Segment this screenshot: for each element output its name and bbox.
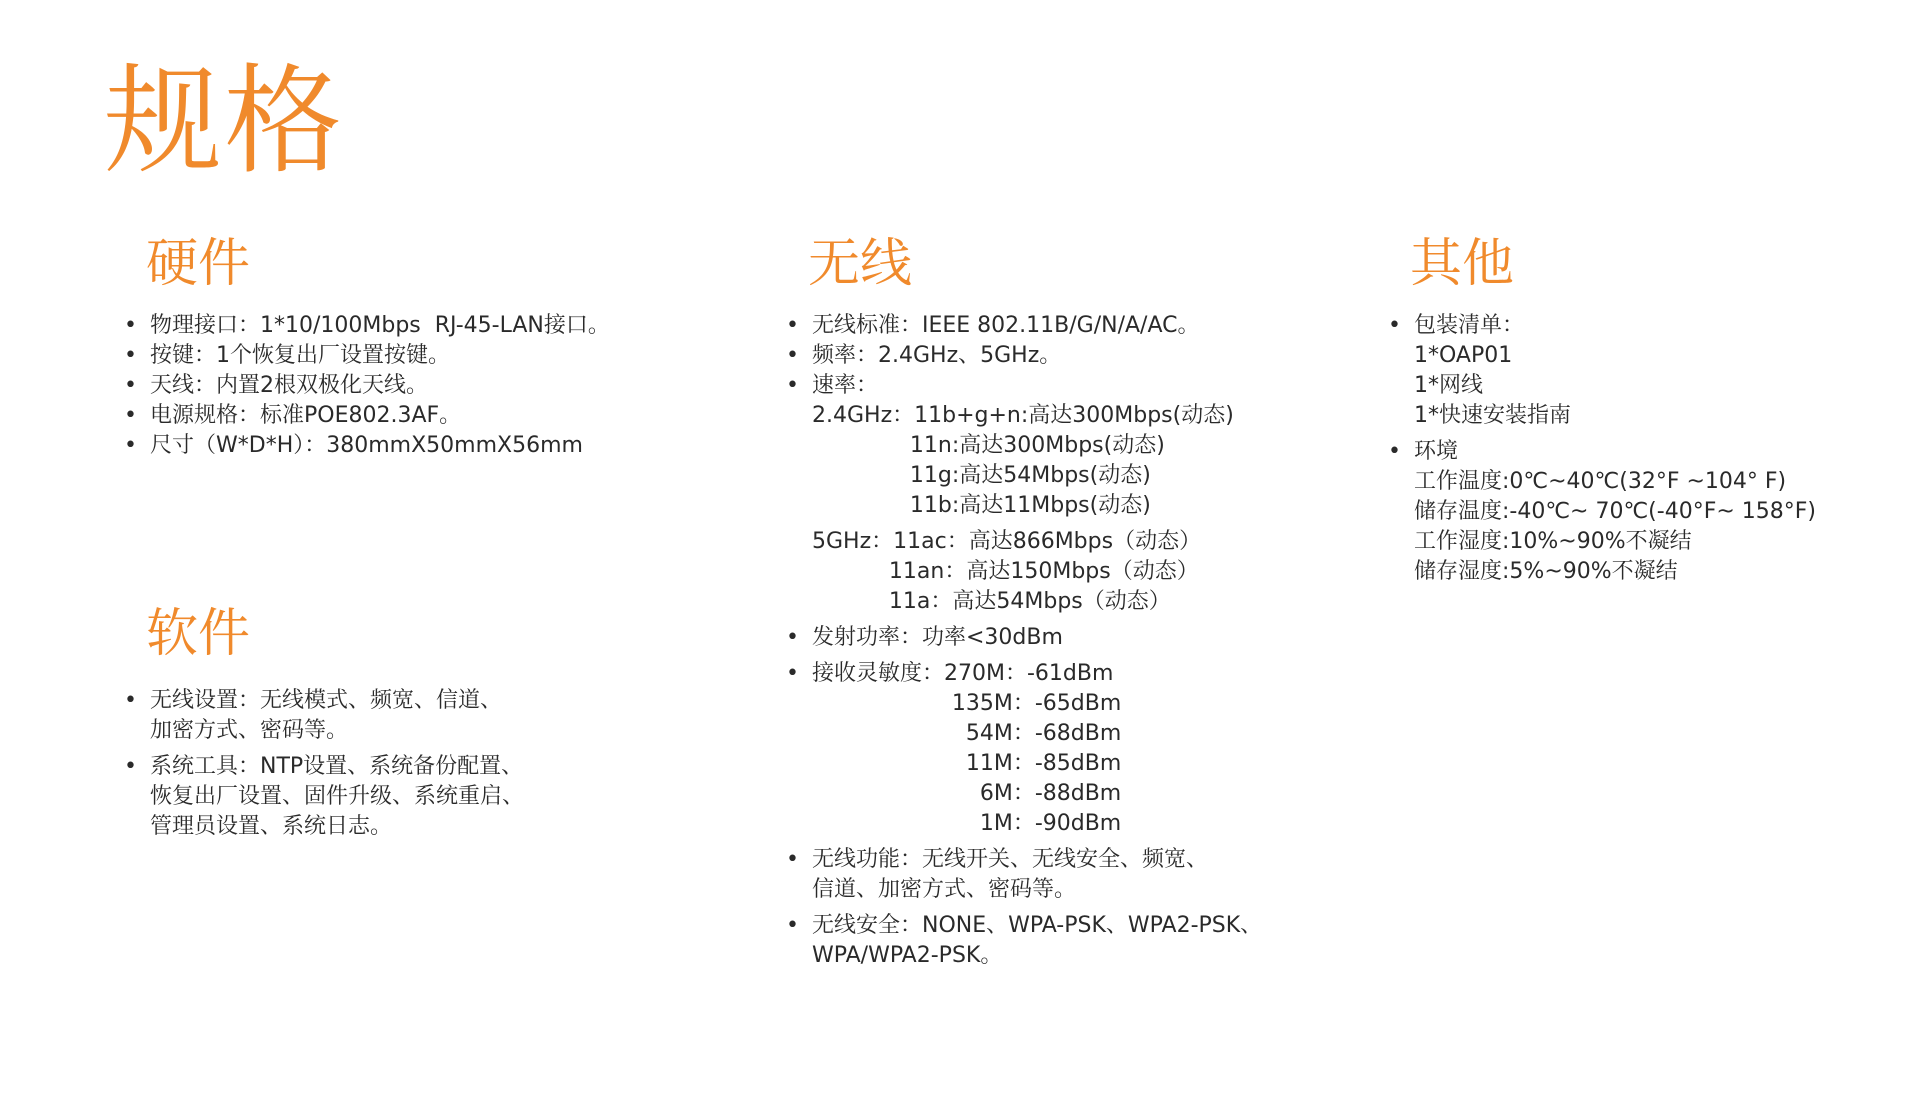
list-item: •速率：2.4GHz：11b+g+n:高达300Mbps(动态) 11n:高达3… (786, 371, 1262, 617)
list-item: •系统工具：NTP设置、系统备份配置、恢复出厂设置、固件升级、系统重启、管理员设… (124, 752, 524, 842)
bullet-icon: • (124, 752, 144, 782)
bullet-icon: • (124, 371, 144, 401)
bullet-icon: • (1388, 311, 1408, 341)
list-item: •按键：1个恢复出厂设置按键。 (124, 341, 610, 371)
list-item: •无线安全：NONE、WPA-PSK、WPA2-PSK、WPA/WPA2-PSK… (786, 911, 1262, 971)
page-title: 规格 (104, 62, 344, 180)
bullet-icon: • (124, 686, 144, 716)
bullet-icon: • (786, 659, 806, 689)
wireless-heading: 无线 (808, 238, 912, 290)
bullet-icon: • (124, 311, 144, 341)
other-list: •包装清单：1*OAP011*网线1*快速安装指南 •环境工作温度:0℃~40℃… (1388, 311, 1816, 587)
list-item: •无线设置：无线模式、频宽、信道、加密方式、密码等。 (124, 686, 524, 746)
software-heading: 软件 (146, 608, 250, 660)
bullet-icon: • (786, 371, 806, 401)
list-item: •发射功率：功率<30dBm (786, 623, 1262, 653)
bullet-icon: • (786, 623, 806, 653)
bullet-icon: • (786, 311, 806, 341)
bullet-icon: • (124, 431, 144, 461)
list-item: •环境工作温度:0℃~40℃(32°F ~104° F)储存温度:-40℃~ 7… (1388, 437, 1816, 587)
hardware-heading: 硬件 (146, 238, 250, 290)
bullet-icon: • (1388, 437, 1408, 467)
list-item: •无线标准：IEEE 802.11B/G/N/A/AC。 (786, 311, 1262, 341)
bullet-icon: • (786, 911, 806, 941)
list-item: •电源规格：标准POE802.3AF。 (124, 401, 610, 431)
bullet-icon: • (124, 341, 144, 371)
list-item: •无线功能：无线开关、无线安全、频宽、信道、加密方式、密码等。 (786, 845, 1262, 905)
list-item: •天线：内置2根双极化天线。 (124, 371, 610, 401)
list-item: •物理接口：1*10/100Mbps RJ-45-LAN接口。 (124, 311, 610, 341)
wireless-list: •无线标准：IEEE 802.11B/G/N/A/AC。 •频率：2.4GHz、… (786, 311, 1262, 971)
bullet-icon: • (124, 401, 144, 431)
software-list: •无线设置：无线模式、频宽、信道、加密方式、密码等。 •系统工具：NTP设置、系… (124, 686, 524, 842)
list-item: •接收灵敏度：270M：-61dBm 135M：-65dBm 54M：-68dB… (786, 659, 1262, 839)
bullet-icon: • (786, 341, 806, 371)
list-item: •包装清单：1*OAP011*网线1*快速安装指南 (1388, 311, 1816, 431)
list-item: •尺寸（W*D*H）：380mmX50mmX56mm (124, 431, 610, 461)
hardware-list: •物理接口：1*10/100Mbps RJ-45-LAN接口。 •按键：1个恢复… (124, 311, 610, 461)
list-item: •频率：2.4GHz、5GHz。 (786, 341, 1262, 371)
bullet-icon: • (786, 845, 806, 875)
other-heading: 其他 (1410, 238, 1514, 290)
